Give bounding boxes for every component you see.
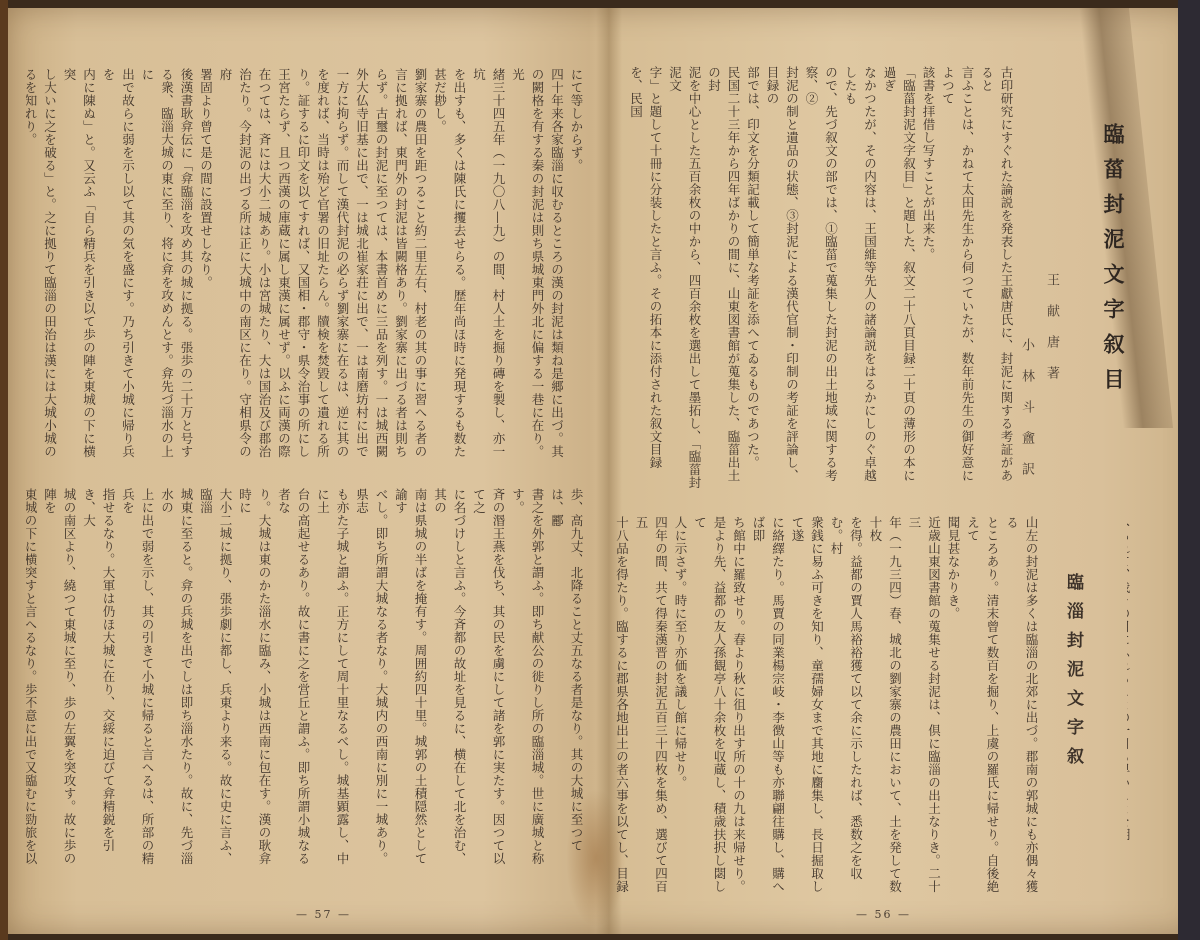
text-column: を度れば、当時は殆ど官署の旧址たらん。牘検を焚毀して遺れる所: [313, 68, 333, 463]
text-column: 年（一九三四）春、城北の劉家寨の農田において、土を発して数十枚: [866, 516, 905, 896]
text-column: 内に陳ぬ」と。又云ふ「自ら精兵を引き以て歩の陣を東城の下に横突: [60, 68, 99, 463]
text-column: を得。益都の賈人馬裕裕獲て以て余に示したれば、悉数之を収む。村: [827, 516, 866, 896]
page-number-57: — 57 —: [296, 908, 351, 921]
text-column: 字」と題して十冊に分装したと言ふ。その拓本に添付された叙文目録を、民国: [626, 66, 665, 491]
section-title: 臨淄封泥文字叙: [1061, 573, 1086, 776]
text-column: 斉の湣王燕を伐ち、其の民を虜にして諸を郭に実たす。因つて以て之: [469, 488, 508, 868]
text-column: 東城の下に横突すと言へるなり。歩不意に出で又臨むに勁旅を以てす: [26, 488, 40, 868]
text-column: なかつたが、その内容は、王国維等先人の諸論説をはるかにしのぐ卓越したも: [841, 66, 880, 491]
text-column: り。大城は東のかた淄水に臨み、小城は西南に包在す。漢の耿弇時に: [235, 488, 274, 868]
text-column: 書之を外郭と謂ふ。即ち献公の徙りし所の臨淄城。世に廣城と称す。: [508, 488, 547, 868]
text-column: ち館中に羅致せり。春より秋に徂り出す所の十の九は来帰せり。: [729, 516, 749, 896]
preface-text-left-lower: 歩、高九丈、北降ること丈五なる者是なり。其の大城に至つては、酈書之を外郭と謂ふ。…: [26, 488, 586, 868]
open-book-spread: 臨菑封泥文字叙目 王献唐著 小林斗盦訳 古印研究にすぐれた論説を発表した王獻唐氏…: [6, 8, 1196, 934]
desk-edge-left: [0, 0, 8, 940]
text-column: 四年の間、共て得秦漢晋の封泥五百三十四枚を集め、選びて四百五: [632, 516, 671, 896]
note-line: へられて、我々の目にふれることの一日も早いことを期待したい。訳文中の西: [1127, 516, 1133, 846]
text-column: 在つては、斉には大小二城あり。小は宮城たり、大は国治及び郡治: [255, 68, 275, 463]
text-column: ところあり。清末曾て数百を掘り、上虞の羅氏に帰せり。自後絶えて: [963, 516, 1002, 896]
text-column: 緒三十四五年（一九〇八—九）の間、村人土を掘り磚を製し、亦一坑: [469, 68, 508, 463]
text-column: 治たり。今封泥の出づる所は正に大城中の南区に在り。守相県令の府: [216, 68, 255, 463]
author-name: 王献唐著: [1042, 273, 1061, 397]
text-column: に名づけしと言ふ。今斉都の故址を見るに、横在して北を治む、其の: [430, 488, 469, 868]
text-column: 聞見甚なかりき。: [944, 516, 964, 896]
text-column: も亦た子城と謂ふ。正方にして周十里なるべし。城基顕露し、中に土: [313, 488, 352, 868]
text-column: 是より先、益都の友人孫観亭八十余枚を収蔵し、積歳扶択し閟して: [690, 516, 729, 896]
article-title: 臨菑封泥文字叙目: [1098, 123, 1128, 403]
text-column: 「臨菑封泥文字叙目」と題した、叙文二十八頁目録二十頁の薄形の本に過ぎ: [880, 66, 919, 491]
text-column: 外大仏寺旧基に出で、一は城北崔家荘に出で、一は南磨坊村に出で: [352, 68, 372, 463]
text-column: 署固より曾て是の間に設置せしなり。: [196, 68, 216, 463]
text-column: 古印研究にすぐれた論説を発表した王獻唐氏に、封泥に関する考証があると: [977, 66, 1016, 491]
text-column: 台の高起せるあり。故に書に之を営丘と謂ふ。即ち所謂小城なる者な: [274, 488, 313, 868]
text-column: 城東に至ると。弇の兵城を出でしは即ち淄水たり。故に、先づ淄水の: [157, 488, 196, 868]
text-column: 山左の封泥は多くは臨淄の北郊に出づ。郡南の郭城にも亦偶々獲る: [1002, 516, 1041, 896]
text-column: 言に拠れば、東門外の封泥は皆闕格あり。劉家寨に出づる者は則ち: [391, 68, 411, 463]
text-column: 城の南区より、繞つて東城に至り、歩の左翼を突攻す。故に歩の陣を: [40, 488, 79, 868]
text-column: にて等しからず。: [567, 68, 587, 463]
text-column: 民国二十三年から四年ばかりの間に、山東図書館が蒐集した、臨菑出土の封: [704, 66, 743, 491]
desk-edge-right: [1178, 0, 1200, 940]
page-56: 臨菑封泥文字叙目 王献唐著 小林斗盦訳 古印研究にすぐれた論説を発表した王獻唐氏…: [621, 28, 1166, 888]
text-column: 出で故らに弱を示し以て其の気を盛にす。乃ち引きて小城に帰り兵を: [99, 68, 138, 463]
text-column: 王宮たらず、且つ西漢の庫蔵に属し東漢に属せず。以ふに両漢の際: [274, 68, 294, 463]
text-column: る衆、臨淄大城の東に至り、将に弇を攻めんとす。弇先づ淄水の上に: [138, 68, 177, 463]
text-column: 四十年来各家臨淄に収むるところの漢の封泥は類ね是郷に出づ。其: [547, 68, 567, 463]
text-column: し大いに之を破る」と。之に拠りて臨淄の田治は漢には大城小城の: [40, 68, 60, 463]
text-column: 言ふことは、かねて太田先生から伺つていたが、数年前先生の御好意によつて: [938, 66, 977, 491]
text-column: 該書を拝借し写すことが出来た。: [919, 66, 939, 491]
text-column: 近歳山東図書館の蒐集せる封泥は、倶に臨淄の出土なりき。二十三: [905, 516, 944, 896]
text-column: 一方に拘らず。而して漢代封泥の必らず劉家寨に在るは、逆に其の: [333, 68, 353, 463]
text-column: 泥を中心とした五百余枚の中から、四百余枚を選出して墨拓し、「臨菑封泥文: [665, 66, 704, 491]
text-column: 上に出で弱を示し、其の引きて小城に帰ると言へるは、所部の精兵を: [118, 488, 157, 868]
text-column: 南は県城の半ばを掩有す。周囲約四十里。城郭の土積隠然として諭す: [391, 488, 430, 868]
text-column: 歩、高九丈、北降ること丈五なる者是なり。其の大城に至つては、酈: [547, 488, 586, 868]
text-column: ので、先づ叙文の部では、①臨菑で蒐集した封泥の出土地域に関する考察、②: [802, 66, 841, 491]
page-57: にて等しからず。四十年来各家臨淄に収むるところの漢の封泥は類ね是郷に出づ。其の闕…: [26, 68, 586, 888]
text-column: 大小二城に拠り、張歩劇に都し、兵東より来る。故に史に言ふ、臨淄: [196, 488, 235, 868]
text-column: 甚だ尠し。: [430, 68, 450, 463]
text-column: を出すも、多くは陳氏に攫去せらる。歴年尚ほ時に発現するも数た: [450, 68, 470, 463]
text-column: 部では、印文を分類記載して簡単な考証を添へてゐるものであつた。: [743, 66, 763, 491]
text-column: 指せるなり。大軍は仍ほ大城に在り、交綏に迫びて弇精鋭を引き、大: [79, 488, 118, 868]
translator-note: へられて、我々の目にふれることの一日も早いことを期待したい。訳文中の西 暦紀年等…: [1127, 516, 1172, 846]
text-column: 劉家寨の農田を距つること約二里左右、村老の其の事に習へる者の: [411, 68, 431, 463]
text-column: 十八品を得たり。臨するに郡県各地出土の者六事を以てし、目録を編: [611, 516, 632, 896]
text-column: 後漢書耿弇伝に「弇臨淄を攻め其の城に拠る。張歩の二十万と号す: [177, 68, 197, 463]
translator-name: 小林斗盦訳: [1017, 338, 1036, 493]
text-column: らず。古璽の封泥に至つては、本書首めに三品を列す。一は城西闕: [372, 68, 392, 463]
text-column: るを知れり。: [26, 68, 40, 463]
text-column: の闕格を有する秦の封泥は則ち県城東門外北に偏する一巷に在り。光: [508, 68, 547, 463]
text-column: べし。即ち所謂大城なる者なり。大城内の西南に別に一城あり。県志: [352, 488, 391, 868]
text-column: 衆銭に易ふ可きを知り、童孺婦女まで其地に麕集し、長日掘取して遂: [788, 516, 827, 896]
text-column: 封泥の制と遺品の状態、③封泥による漢代官制・印制の考証を評論し、目録の: [763, 66, 802, 491]
text-column: に絡繹たり。馬賈の同業楊宗岐・李徴山等も亦聯翩往購し、購へば即: [749, 516, 788, 896]
translator-introduction: 古印研究にすぐれた論説を発表した王獻唐氏に、封泥に関する考証があると言ふことは、…: [626, 66, 1016, 491]
preface-text-right: 山左の封泥は多くは臨淄の北郊に出づ。郡南の郭城にも亦偶々獲るところあり。清末曾て…: [611, 516, 1041, 896]
text-column: り。証するに印文を以てすれば、又国相・郡守・県令治事の所にし: [294, 68, 314, 463]
page-number-56: — 56 —: [856, 908, 911, 921]
preface-text-left-upper: にて等しからず。四十年来各家臨淄に収むるところの漢の封泥は類ね是郷に出づ。其の闕…: [26, 68, 586, 463]
text-column: 人に示さず。時に至り亦価を議し館に帰せり。: [671, 516, 691, 896]
